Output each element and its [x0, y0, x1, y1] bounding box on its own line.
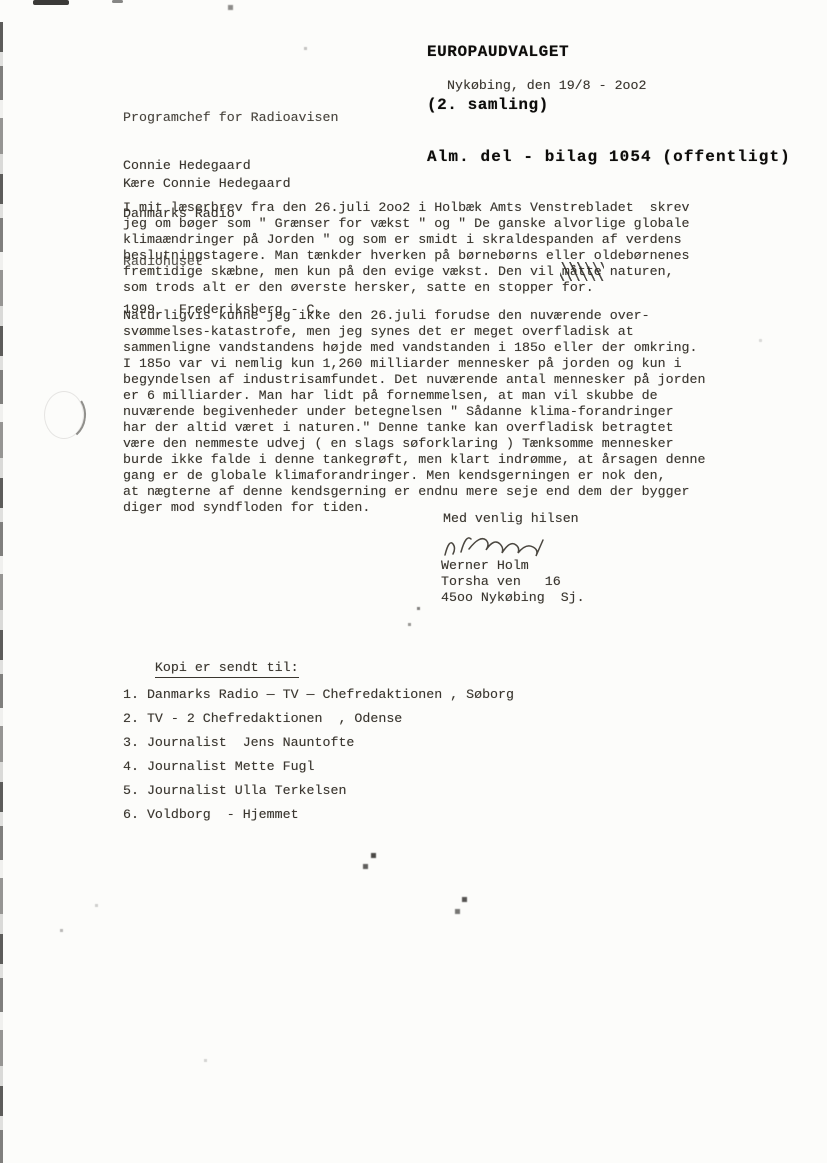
sender-address-street: Torsha ven 16	[441, 574, 561, 590]
scan-edge-artifact	[0, 22, 3, 1163]
committee-stamp: EUROPAUDVALGET (2. samling) Alm. del - b…	[427, 9, 791, 202]
scan-smudge	[112, 0, 123, 3]
struck-out-word: måtte	[562, 264, 602, 280]
sender-name: Werner Holm	[441, 558, 529, 574]
recipient-name: Connie Hedegaard	[123, 158, 338, 174]
sender-address-city: 45oo Nykøbing Sj.	[441, 590, 585, 606]
valediction: Med venlig hilsen	[443, 511, 579, 527]
body-paragraph-2: Naturligvis kunne jeg ikke den 26.juli f…	[123, 308, 743, 516]
copy-item: 4. Journalist Mette Fugl	[123, 759, 315, 774]
copy-item: 2. TV - 2 Chefredaktionen , Odense	[123, 711, 402, 726]
copy-item: 5. Journalist Ulla Terkelsen	[123, 783, 346, 798]
scanned-letter-page: EUROPAUDVALGET (2. samling) Alm. del - b…	[0, 0, 827, 1163]
ink-specks	[0, 0, 1, 1]
stamp-line-1: EUROPAUDVALGET	[427, 44, 791, 62]
scan-smudge	[33, 0, 69, 5]
stamp-line-2: (2. samling)	[427, 97, 791, 115]
copy-item: 3. Journalist Jens Nauntofte	[123, 735, 354, 750]
copy-item: 1. Danmarks Radio — TV — Chefredaktionen…	[123, 687, 514, 702]
body-paragraph-1: I mit læserbrev fra den 26.juli 2oo2 i H…	[123, 200, 743, 296]
salutation: Kære Connie Hedegaard	[123, 176, 291, 192]
recipient-title: Programchef for Radioavisen	[123, 110, 338, 126]
copy-heading: Kopi er sendt til:	[155, 660, 299, 678]
copy-item: 6. Voldborg - Hjemmet	[123, 807, 299, 822]
stamp-line-3: Alm. del - bilag 1054 (offentligt)	[427, 149, 791, 167]
date-line: Nykøbing, den 19/8 - 2oo2	[447, 78, 647, 94]
